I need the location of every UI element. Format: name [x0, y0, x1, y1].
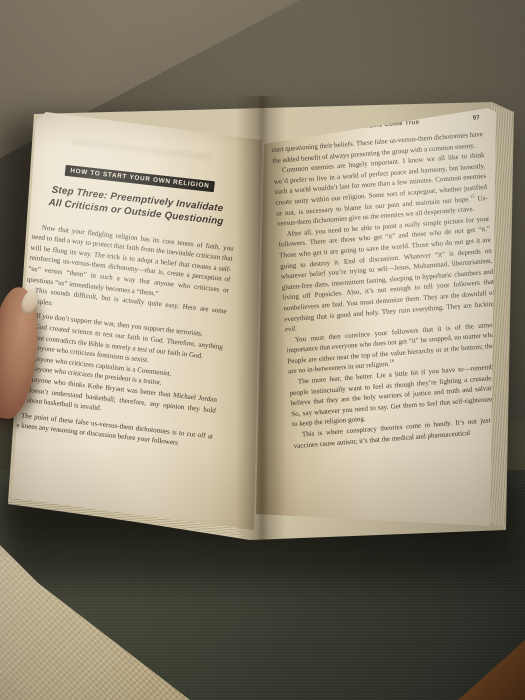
right-page: How to Make All Your Dreams Come True 97… [252, 96, 514, 536]
right-page-content: How to Make All Your Dreams Come True 97… [270, 114, 506, 451]
bullet-list: •If you don’t support the war, then you … [13, 310, 224, 427]
footnote-marker: 16 [389, 358, 394, 363]
right-body-text: start questioning their beliefs. These f… [271, 129, 505, 451]
left-page: HOW TO START YOUR OWN RELIGION Step Thre… [8, 104, 264, 540]
photo-scene: HOW TO START YOUR OWN RELIGION Step Thre… [0, 0, 525, 700]
emphasized-word: evil. [285, 325, 297, 334]
paragraph-text: After all, you need to be able to paint … [278, 215, 496, 323]
left-body-text: Now that your fledgling religion has its… [10, 221, 234, 452]
paragraph: After all, you need to be able to paint … [277, 214, 496, 336]
left-page-content: HOW TO START YOUR OWN RELIGION Step Thre… [10, 162, 240, 453]
page-number: 97 [473, 114, 480, 121]
